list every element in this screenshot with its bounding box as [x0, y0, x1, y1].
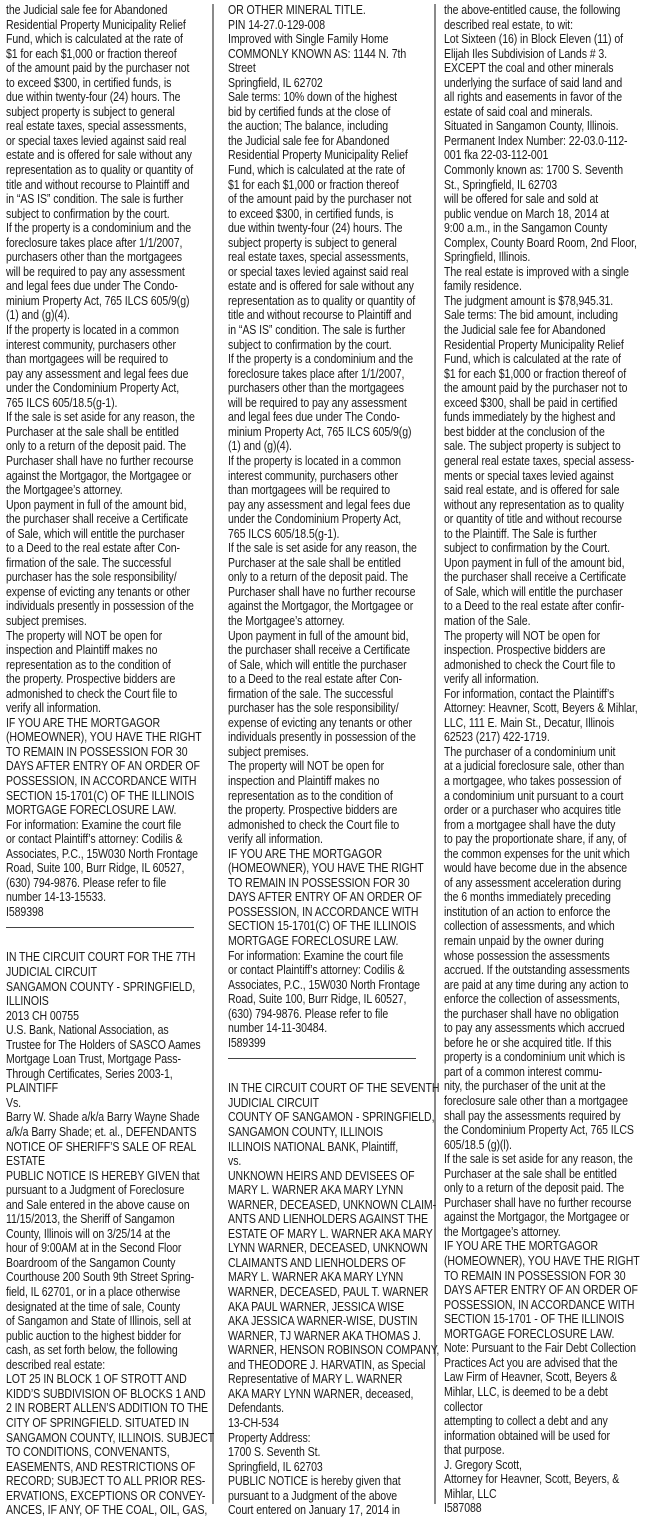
notice-text-line: the purchaser shall receive a Certificat… — [444, 570, 608, 585]
notice-text-line: RECORD; SUBJECT TO ALL PRIOR RES- — [6, 1474, 166, 1489]
notice-separator-rule — [228, 1058, 416, 1059]
notice-text-line: The judgment amount is $78,945.31. — [444, 294, 608, 309]
notice-text-line: to pay any assessments which accrued — [444, 1021, 608, 1036]
notice-text-line: SECTION 15-1701(C) OF THE ILLINOIS — [228, 919, 388, 934]
notice-text-line: SANGAMON COUNTY, ILLINOIS. SUBJECT — [6, 1431, 166, 1446]
notice-text-line: cash, as set forth below, the following — [6, 1343, 166, 1358]
notice-text-line: IF YOU ARE THE MORTGAGOR — [6, 716, 166, 731]
notice-text-line: SECTION 15-1701 - OF THE ILLINOIS — [444, 1312, 608, 1327]
notice-text-line: to a Deed to the real estate after confi… — [444, 599, 608, 614]
notice-text-line: or contact Plaintiff’s attorney: Codilis… — [228, 963, 388, 978]
notice-text-line: I589399 — [228, 1036, 388, 1051]
notice-text-line: Note: Pursuant to the Fair Debt Collecti… — [444, 1341, 608, 1356]
notice-text-line: interest community, purchasers other — [6, 338, 166, 353]
notice-text-line: If the property is located in a common — [6, 323, 166, 338]
notice-text-line: Purchaser at the sale shall be entitled — [228, 556, 388, 571]
notice-text-line: under the Condominium Property Act, — [228, 512, 388, 527]
notice-text-line: If the sale is set aside for any reason,… — [444, 1152, 608, 1167]
notice-text-line: said real estate, and is offered for sal… — [444, 483, 608, 498]
notice-text-line: purchaser has the sole responsibility/ — [228, 701, 388, 716]
notice-text-line: pursuant to a Judgment of the above — [228, 1489, 388, 1504]
notice-text-line: pay any assessment and legal fees due — [228, 498, 388, 513]
notice-text-line: number 14-13-15533. — [6, 890, 166, 905]
notice-text-line: firmation of the sale. The successful — [6, 556, 166, 571]
notice-text-line: collection of assessments, and which — [444, 919, 608, 934]
notice-text-line: I587088 — [444, 1501, 608, 1516]
notice-text-line: PUBLIC NOTICE is hereby given that — [228, 1474, 388, 1489]
notice-text-line: PLAINTIFF — [6, 1081, 166, 1096]
notice-text-line: verify all information. — [444, 672, 608, 687]
column-divider — [434, 4, 436, 1504]
notice-text-line: subject to confirmation by the Court. — [444, 541, 608, 556]
notice-text-line: MARY L. WARNER AKA MARY LYNN — [228, 1183, 388, 1198]
notice-text-line: purchasers other than the mortgagees — [228, 381, 388, 396]
notice-text-line: WARNER, DECEASED, UNKNOWN CLAIM- — [228, 1198, 388, 1213]
notice-text-line: of any assessment acceleration during — [444, 876, 608, 891]
notice-text-line: than mortgagees will be required to — [6, 352, 166, 367]
notice-text-line: hour of 9:00AM at in the Second Floor — [6, 1241, 166, 1256]
notice-text-line: attempting to collect a debt and any — [444, 1414, 608, 1429]
notice-text-line: 13-CH-534 — [228, 1416, 388, 1431]
notice-text-line: Representative of MARY L. WARNER — [228, 1372, 388, 1387]
notice-text-line: U.S. Bank, National Association, as — [6, 1023, 166, 1038]
notice-text-line: Purchaser at the sale shall be entitled — [444, 1167, 608, 1182]
notice-text-line: interest community, purchasers other — [228, 469, 388, 484]
notice-text-line: AKA JESSICA WARNER-WISE, DUSTIN — [228, 1314, 388, 1329]
notice-text-line: Residential Property Municipality Relief — [6, 18, 166, 33]
notice-text-line: due within twenty-four (24) hours. The — [228, 221, 388, 236]
notice-text-line: inspection. Prospective bidders are — [444, 643, 608, 658]
notice-text-line: PIN 14-27.0-129-008 — [228, 18, 388, 33]
notice-text-line: the common expenses for the unit which — [444, 847, 608, 862]
notice-text-line: without any representation as to quality — [444, 498, 608, 513]
notice-text-line: inspection and Plaintiff makes no — [228, 774, 388, 789]
notice-text-line: If the sale is set aside for any reason,… — [228, 541, 388, 556]
notice-text-line: DAYS AFTER ENTRY OF AN ORDER OF — [228, 890, 388, 905]
notice-text-line: The purchaser of a condominium unit — [444, 745, 608, 760]
legal-notice-text-block: IN THE CIRCUIT COURT FOR THE 7THJUDICIAL… — [6, 950, 206, 1517]
notice-text-line: part of a common interest commu- — [444, 1065, 608, 1080]
notice-text-line: inspection and Plaintiff makes no — [6, 643, 166, 658]
notice-text-line: I589398 — [6, 905, 166, 920]
notice-text-line: Trustee for The Holders of SASCO Aames — [6, 1038, 166, 1053]
notice-text-line: representation as to the condition of — [6, 658, 166, 673]
notice-text-line: Defendants. — [228, 1401, 388, 1416]
column-2: OR OTHER MINERAL TITLE.PIN 14-27.0-129-0… — [228, 3, 428, 1518]
notice-text-line: best bidder at the conclusion of the — [444, 425, 608, 440]
notice-text-line: Sale terms: The bid amount, including — [444, 308, 608, 323]
notice-text-line: ANCES, IF ANY, OF THE COAL, OIL, GAS, — [6, 1503, 166, 1518]
notice-text-line: ESTATE — [6, 1154, 166, 1169]
notice-text-line: minium Property Act, 765 ILCS 605/9(g) — [228, 425, 388, 440]
notice-text-line: POSSESSION, IN ACCORDANCE WITH — [444, 1298, 608, 1313]
notice-text-line: a condominium unit pursuant to a court — [444, 789, 608, 804]
notice-text-line: admonished to check the Court file to — [6, 687, 166, 702]
notice-text-line: 765 ILCS 605/18.5(g-1). — [228, 527, 388, 542]
notice-text-line: Mortgage Loan Trust, Mortgage Pass- — [6, 1052, 166, 1067]
notice-text-line: For information: Examine the court file — [228, 949, 388, 964]
notice-text-line: described real estate: — [6, 1358, 166, 1373]
notice-text-line: and THEODORE J. HARVATIN, as Special — [228, 1358, 388, 1373]
notice-text-line: WARNER, TJ WARNER AKA THOMAS J. — [228, 1329, 388, 1344]
notice-text-line: the Mortgagee’s attorney. — [444, 1225, 608, 1240]
notice-text-line: Commonly known as: 1700 S. Seventh — [444, 163, 608, 178]
notice-text-line: a mortgagee, who takes possession of — [444, 774, 608, 789]
notice-text-line: against the Mortgagor, the Mortgagee or — [444, 1210, 608, 1225]
notice-text-line: Attorney for Heavner, Scott, Beyers, & — [444, 1472, 608, 1487]
notice-text-line: Residential Property Municipality Relief — [228, 148, 388, 163]
notice-text-line: IN THE CIRCUIT COURT OF THE SEVENTH — [228, 1081, 388, 1096]
notice-text-line: Purchaser at the sale shall be entitled — [6, 425, 166, 440]
notice-text-line: foreclosure takes place after 1/1/2007, — [6, 236, 166, 251]
notice-text-line: institution of an action to enforce the — [444, 905, 608, 920]
notice-text-line: ILLINOIS NATIONAL BANK, Plaintiff, — [228, 1140, 388, 1155]
notice-text-line: bid by certified funds at the close of — [228, 105, 388, 120]
notice-text-line: Fund, which is calculated at the rate of — [228, 163, 388, 178]
notice-text-line: nity, the purchaser of the unit at the — [444, 1079, 608, 1094]
notice-text-line: subject to confirmation by the court. — [228, 338, 388, 353]
notice-text-line: that purpose. — [444, 1443, 608, 1458]
notice-text-line: only to a return of the deposit paid. Th… — [444, 1181, 608, 1196]
notice-text-line: SANGAMON COUNTY - SPRINGFIELD, — [6, 980, 166, 995]
notice-text-line: representation as to quality or quantity… — [6, 163, 166, 178]
notice-text-line: Residential Property Municipality Relief — [444, 338, 608, 353]
notice-text-line: of Sangamon and State of Illinois, sell … — [6, 1314, 166, 1329]
notice-text-line: 001 fka 22-03-112-001 — [444, 148, 608, 163]
notice-text-line: (1) and (g)(4). — [6, 308, 166, 323]
notice-text-line: estate of said coal and minerals. — [444, 105, 608, 120]
notice-text-line: Upon payment in full of the amount bid, — [228, 629, 388, 644]
notice-text-line: MORTGAGE FORECLOSURE LAW. — [444, 1327, 608, 1342]
notice-text-line: or special taxes levied against said rea… — [6, 134, 166, 149]
notice-text-line: LLC, 111 E. Main St., Decatur, Illinois — [444, 716, 608, 731]
notice-text-line: Practices Act you are advised that the — [444, 1356, 608, 1371]
notice-text-line: purchaser has the sole responsibility/ — [6, 570, 166, 585]
notice-text-line: Attorney: Heavner, Scott, Beyers & Mihla… — [444, 701, 608, 716]
notice-text-line: the purchaser shall receive a Certificat… — [6, 512, 166, 527]
notice-text-line: J. Gregory Scott, — [444, 1458, 608, 1473]
notice-text-line: The property will NOT be open for — [6, 629, 166, 644]
notice-text-line: or special taxes levied against said rea… — [228, 265, 388, 280]
notice-text-line: at a judicial foreclosure sale, other th… — [444, 759, 608, 774]
notice-text-line: Property Address: — [228, 1431, 388, 1446]
notice-text-line: subject premises. — [228, 745, 388, 760]
notice-text-line: IF YOU ARE THE MORTGAGOR — [444, 1239, 608, 1254]
notice-text-line: The property will NOT be open for — [228, 759, 388, 774]
notice-text-line: Barry W. Shade a/k/a Barry Wayne Shade — [6, 1110, 166, 1125]
notice-text-line: remain unpaid by the owner during — [444, 934, 608, 949]
notice-text-line: pay any assessment and legal fees due — [6, 367, 166, 382]
notice-text-line: Road, Suite 100, Burr Ridge, IL 60527, — [6, 861, 166, 876]
notice-text-line: the amount paid by the purchaser not to — [444, 381, 608, 396]
notice-text-line: against the Mortgagor, the Mortgagee or — [6, 469, 166, 484]
notice-text-line: Springfield, Illinois. — [444, 250, 608, 265]
notice-text-line: sale. The subject property is subject to — [444, 439, 608, 454]
notice-text-line: (HOMEOWNER), YOU HAVE THE RIGHT — [6, 730, 166, 745]
notice-text-line: POSSESSION, IN ACCORDANCE WITH — [6, 774, 166, 789]
notice-text-line: ANTS AND LIENHOLDERS AGAINST THE — [228, 1212, 388, 1227]
notice-text-line: real estate taxes, special assessments, — [6, 119, 166, 134]
notice-text-line: public vendue on March 18, 2014 at — [444, 207, 608, 222]
notice-text-line: pursuant to a Judgment of Foreclosure — [6, 1183, 166, 1198]
notice-text-line: The real estate is improved with a singl… — [444, 265, 608, 280]
notice-text-line: 765 ILCS 605/18.5(g-1). — [6, 396, 166, 411]
notice-text-line: (1) and (g)(4). — [228, 439, 388, 454]
notice-text-line: If the property is located in a common — [228, 454, 388, 469]
notice-text-line: the above-entitled cause, the following — [444, 3, 608, 18]
notice-text-line: (630) 794-9876. Please refer to file — [6, 876, 166, 891]
notice-text-line: and legal fees due under The Condo- — [6, 279, 166, 294]
notice-text-line: the Judicial sale fee for Abandoned — [228, 134, 388, 149]
notice-text-line: verify all information. — [6, 701, 166, 716]
legal-notice-text-block: OR OTHER MINERAL TITLE.PIN 14-27.0-129-0… — [228, 3, 428, 1050]
notice-text-line: foreclosure sale other than a mortgagee — [444, 1094, 608, 1109]
notice-text-line: Courthouse 200 South 9th Street Spring- — [6, 1270, 166, 1285]
notice-text-line: TO REMAIN IN POSSESSION FOR 30 — [228, 876, 388, 891]
notice-text-line: County, Illinois will on 3/25/14 at the — [6, 1227, 166, 1242]
notice-text-line: For information: Examine the court file — [6, 818, 166, 833]
notice-text-line: ERVATIONS, EXCEPTIONS OR CONVEY- — [6, 1489, 166, 1504]
notice-text-line: or contact Plaintiff’s attorney: Codilis… — [6, 832, 166, 847]
notice-text-line: the Mortgagee’s attorney. — [6, 483, 166, 498]
notice-text-line: Associates, P.C., 15W030 North Frontage — [6, 847, 166, 862]
notice-text-line: shall pay the assessments required by — [444, 1109, 608, 1124]
notice-text-line: Upon payment in full of the amount bid, — [6, 498, 166, 513]
notice-text-line: verify all information. — [228, 832, 388, 847]
notice-text-line: underlying the surface of said land and — [444, 76, 608, 91]
notice-text-line: 62523 (217) 422-1719. — [444, 730, 608, 745]
notice-text-line: Through Certificates, Series 2003-1, — [6, 1067, 166, 1082]
notice-text-line: subject property is subject to general — [228, 236, 388, 251]
notice-text-line: TO REMAIN IN POSSESSION FOR 30 — [6, 745, 166, 760]
notice-text-line: minium Property Act, 765 ILCS 605/9(g) — [6, 294, 166, 309]
notice-text-line: the Judicial sale fee for Abandoned — [6, 3, 166, 18]
notice-text-line: subject premises. — [6, 614, 166, 629]
notice-text-line: mation of the Sale. — [444, 614, 608, 629]
notice-text-line: UNKNOWN HEIRS AND DEVISEES OF — [228, 1169, 388, 1184]
notice-text-line: in “AS IS” condition. The sale is furthe… — [228, 323, 388, 338]
notice-text-line: estate and is offered for sale without a… — [228, 279, 388, 294]
notice-text-line: purchasers other than the mortgagees — [6, 250, 166, 265]
notice-text-line: collector — [444, 1400, 608, 1415]
notice-text-line: only to a return of the deposit paid. Th… — [228, 570, 388, 585]
notice-text-line: 11/15/2013, the Sheriff of Sangamon — [6, 1212, 166, 1227]
notice-text-line: ESTATE OF MARY L. WARNER AKA MARY — [228, 1227, 388, 1242]
notice-text-line: enforce the collection of assessments, — [444, 992, 608, 1007]
notice-text-line: MORTGAGE FORECLOSURE LAW. — [228, 934, 388, 949]
notice-text-line: property is a condominium unit which is — [444, 1050, 608, 1065]
notice-text-line: individuals presently in possession of t… — [228, 730, 388, 745]
notice-text-line: real estate taxes, special assessments, — [228, 250, 388, 265]
notice-text-line: would have become due in the absence — [444, 861, 608, 876]
notice-text-line: WARNER, HENSON ROBINSON COMPANY, — [228, 1343, 388, 1358]
notice-text-line: accrued. If the outstanding assessments — [444, 963, 608, 978]
notice-text-line: than mortgagees will be required to — [228, 483, 388, 498]
notice-text-line: only to a return of the deposit paid. Th… — [6, 439, 166, 454]
notice-text-line: MARY L. WARNER AKA MARY LYNN — [228, 1270, 388, 1285]
notice-text-line: (630) 794-9876. Please refer to file — [228, 1007, 388, 1022]
notice-text-line: are paid at any time during any action t… — [444, 978, 608, 993]
notice-text-line: Upon payment in full of the amount bid, — [444, 556, 608, 571]
notice-text-line: Complex, County Board Room, 2nd Floor, — [444, 236, 608, 251]
notice-text-line: the purchaser shall receive a Certificat… — [228, 643, 388, 658]
notice-text-line: AKA PAUL WARNER, JESSICA WISE — [228, 1300, 388, 1315]
notice-text-line: subject to confirmation by the court. — [6, 207, 166, 222]
notice-text-line: from a mortgagee shall have the duty — [444, 818, 608, 833]
notice-text-line: designated at the time of sale, County — [6, 1300, 166, 1315]
notice-text-line: foreclosure takes place after 1/1/2007, — [228, 367, 388, 382]
notice-text-line: of Sale, which will entitle the purchase… — [228, 658, 388, 673]
notice-text-line: COUNTY OF SANGAMON - SPRINGFIELD, — [228, 1110, 388, 1125]
notice-text-line: the purchaser shall have no obligation — [444, 1007, 608, 1022]
notice-text-line: title and without recourse to Plaintiff … — [228, 308, 388, 323]
notice-text-line: Springfield, IL 62702 — [228, 76, 388, 91]
notice-text-line: and legal fees due under The Condo- — [228, 410, 388, 425]
notice-text-line: Purchaser shall have no further recourse — [6, 454, 166, 469]
notice-text-line: expense of evicting any tenants or other — [228, 716, 388, 731]
notice-text-line: The property will NOT be open for — [444, 629, 608, 644]
notice-text-line: under the Condominium Property Act, — [6, 381, 166, 396]
notice-text-line: to pay the proportionate share, if any, … — [444, 832, 608, 847]
legal-notice-text-block: IN THE CIRCUIT COURT OF THE SEVENTHJUDIC… — [228, 1081, 428, 1517]
notice-text-line: Purchaser shall have no further recourse — [228, 585, 388, 600]
notice-text-line: EASEMENTS, AND RESTRICTIONS OF — [6, 1460, 166, 1475]
notice-text-line: If the property is a condominium and the — [228, 352, 388, 367]
notice-text-line: Boardroom of the Sangamon County — [6, 1256, 166, 1271]
notice-text-line: Street — [228, 61, 388, 76]
notice-text-line: admonished to check the Court file to — [444, 658, 608, 673]
notice-text-line: expense of evicting any tenants or other — [6, 585, 166, 600]
notice-text-line: (HOMEOWNER), YOU HAVE THE RIGHT — [228, 861, 388, 876]
legal-notice-text-block: the Judicial sale fee for AbandonedResid… — [6, 3, 206, 919]
notice-text-line: OR OTHER MINERAL TITLE. — [228, 3, 388, 18]
notice-text-line: SANGAMON COUNTY, ILLINOIS — [228, 1125, 388, 1140]
notice-text-line: family residence. — [444, 279, 608, 294]
notice-text-line: Mihlar, LLC — [444, 1487, 608, 1502]
notice-text-line: the 6 months immediately preceding — [444, 890, 608, 905]
notice-text-line: to a Deed to the real estate after Con- — [228, 672, 388, 687]
notice-text-line: the auction; The balance, including — [228, 119, 388, 134]
notice-text-line: or quantity of title and without recours… — [444, 512, 608, 527]
notice-text-line: representation as to quality or quantity… — [228, 294, 388, 309]
notice-text-line: $1 for each $1,000 or fraction thereof — [228, 178, 388, 193]
notice-text-line: of the amount paid by the purchaser not — [228, 192, 388, 207]
column-1: the Judicial sale fee for AbandonedResid… — [6, 3, 206, 1518]
notice-text-line: IF YOU ARE THE MORTGAGOR — [228, 847, 388, 862]
notice-text-line: Improved with Single Family Home — [228, 32, 388, 47]
notice-text-line: EXCEPT the coal and other minerals — [444, 61, 608, 76]
notice-text-line: representation as to the condition of — [228, 789, 388, 804]
notice-text-line: order or a purchaser who acquires title — [444, 803, 608, 818]
notice-text-line: to a Deed to the real estate after Con- — [6, 541, 166, 556]
notice-text-line: the Condominium Property Act, 765 ILCS — [444, 1123, 608, 1138]
notice-text-line: $1 for each $1,000 or fraction thereof — [6, 47, 166, 62]
notice-text-line: admonished to check the Court file to — [228, 818, 388, 833]
notice-text-line: of Sale, which will entitle the purchase… — [6, 527, 166, 542]
notice-text-line: 605/18.5 (g)(l). — [444, 1138, 608, 1153]
notice-text-line: firmation of the sale. The successful — [228, 687, 388, 702]
notice-text-line: in “AS IS” condition. The sale is furthe… — [6, 192, 166, 207]
notice-text-line: St., Springfield, IL 62703 — [444, 178, 608, 193]
notice-text-line: PUBLIC NOTICE IS HEREBY GIVEN that — [6, 1169, 166, 1184]
notice-text-line: will be offered for sale and sold at — [444, 192, 608, 207]
notice-text-line: whose possession the assessments — [444, 949, 608, 964]
notice-text-line: ments or special taxes levied against — [444, 469, 608, 484]
notice-text-line: the Judicial sale fee for Abandoned — [444, 323, 608, 338]
notice-text-line: TO CONDITIONS, CONVENANTS, — [6, 1445, 166, 1460]
notice-text-line: title and without recourse to Plaintiff … — [6, 178, 166, 193]
notice-text-line: CLAIMANTS AND LIENHOLDERS OF — [228, 1256, 388, 1271]
notice-text-line: before he or she acquired title. If this — [444, 1036, 608, 1051]
notice-text-line: 2 IN ROBERT ALLEN’S ADDITION TO THE — [6, 1401, 166, 1416]
notice-text-line: POSSESSION, IN ACCORDANCE WITH — [228, 905, 388, 920]
notice-text-line: information obtained will be used for — [444, 1429, 608, 1444]
notice-text-line: If the sale is set aside for any reason,… — [6, 410, 166, 425]
notice-text-line: subject property is subject to general — [6, 105, 166, 120]
notice-text-line: general real estate taxes, special asses… — [444, 454, 608, 469]
notice-text-line: to exceed $300, in certified funds, is — [228, 207, 388, 222]
notice-text-line: DAYS AFTER ENTRY OF AN ORDER OF — [444, 1283, 608, 1298]
notice-text-line: (HOMEOWNER), YOU HAVE THE RIGHT — [444, 1254, 608, 1269]
notice-text-line: Fund, which is calculated at the rate of — [444, 352, 608, 367]
notice-text-line: Sale terms: 10% down of the highest — [228, 90, 388, 105]
notice-text-line: will be required to pay any assessment — [228, 396, 388, 411]
notice-text-line: JUDICIAL CIRCUIT — [6, 965, 166, 980]
legal-notice-text-block: the above-entitled cause, the followingd… — [444, 3, 649, 1516]
notice-text-line: number 14-11-30484. — [228, 1021, 388, 1036]
notice-text-line: LOT 25 IN BLOCK 1 OF STROTT AND — [6, 1372, 166, 1387]
legal-notices-page: the Judicial sale fee for AbandonedResid… — [0, 0, 649, 1518]
notice-text-line: exceed $300, shall be paid in certified — [444, 396, 608, 411]
notice-separator-rule — [6, 927, 194, 928]
notice-text-line: described real estate, to wit: — [444, 18, 608, 33]
notice-text-line: JUDICIAL CIRCUIT — [228, 1096, 388, 1111]
column-3: the above-entitled cause, the followingd… — [444, 3, 649, 1516]
notice-text-line: Road, Suite 100, Burr Ridge, IL 60527, — [228, 992, 388, 1007]
notice-text-line: the property. Prospective bidders are — [228, 803, 388, 818]
notice-text-line: funds immediately by the highest and — [444, 410, 608, 425]
notice-text-line: field, IL 62701, or in a place otherwise — [6, 1285, 166, 1300]
notice-text-line: Situated in Sangamon County, Illinois. — [444, 119, 608, 134]
notice-text-line: TO REMAIN IN POSSESSION FOR 30 — [444, 1269, 608, 1284]
notice-text-line: IN THE CIRCUIT COURT FOR THE 7TH — [6, 950, 166, 965]
notice-text-line: Elijah Iles Subdivision of Lands # 3. — [444, 47, 608, 62]
notice-text-line: Associates, P.C., 15W030 North Frontage — [228, 978, 388, 993]
column-divider — [212, 4, 214, 1504]
notice-text-line: MORTGAGE FORECLOSURE LAW. — [6, 803, 166, 818]
notice-text-line: of the amount paid by the purchaser not — [6, 61, 166, 76]
notice-text-line: For information, contact the Plaintiff’s — [444, 687, 608, 702]
notice-text-line: LYNN WARNER, DECEASED, UNKNOWN — [228, 1241, 388, 1256]
notice-text-line: If the property is a condominium and the — [6, 221, 166, 236]
notice-text-line: Court entered on January 17, 2014 in — [228, 1503, 388, 1518]
notice-text-line: Mihlar, LLC, is deemed to be a debt — [444, 1385, 608, 1400]
notice-text-line: CITY OF SPRINGFIELD. SITUATED IN — [6, 1416, 166, 1431]
notice-text-line: 1700 S. Seventh St. — [228, 1445, 388, 1460]
notice-text-line: AKA MARY LYNN WARNER, deceased, — [228, 1387, 388, 1402]
notice-text-line: a/k/a Barry Shade; et. al., DEFENDANTS — [6, 1125, 166, 1140]
notice-text-line: NOTICE OF SHERIFF’S SALE OF REAL — [6, 1140, 166, 1155]
notice-text-line: ILLINOIS — [6, 994, 166, 1009]
notice-text-line: 9:00 a.m., in the Sangamon County — [444, 221, 608, 236]
notice-text-line: against the Mortgagor, the Mortgagee or — [228, 599, 388, 614]
notice-text-line: to the Plaintiff. The Sale is further — [444, 527, 608, 542]
notice-text-line: WARNER, DECEASED, PAUL T. WARNER — [228, 1285, 388, 1300]
notice-text-line: to exceed $300, in certified funds, is — [6, 76, 166, 91]
notice-text-line: vs. — [228, 1154, 388, 1169]
notice-text-line: Purchaser shall have no further recourse — [444, 1196, 608, 1211]
notice-text-line: Springfield, IL 62703 — [228, 1460, 388, 1475]
